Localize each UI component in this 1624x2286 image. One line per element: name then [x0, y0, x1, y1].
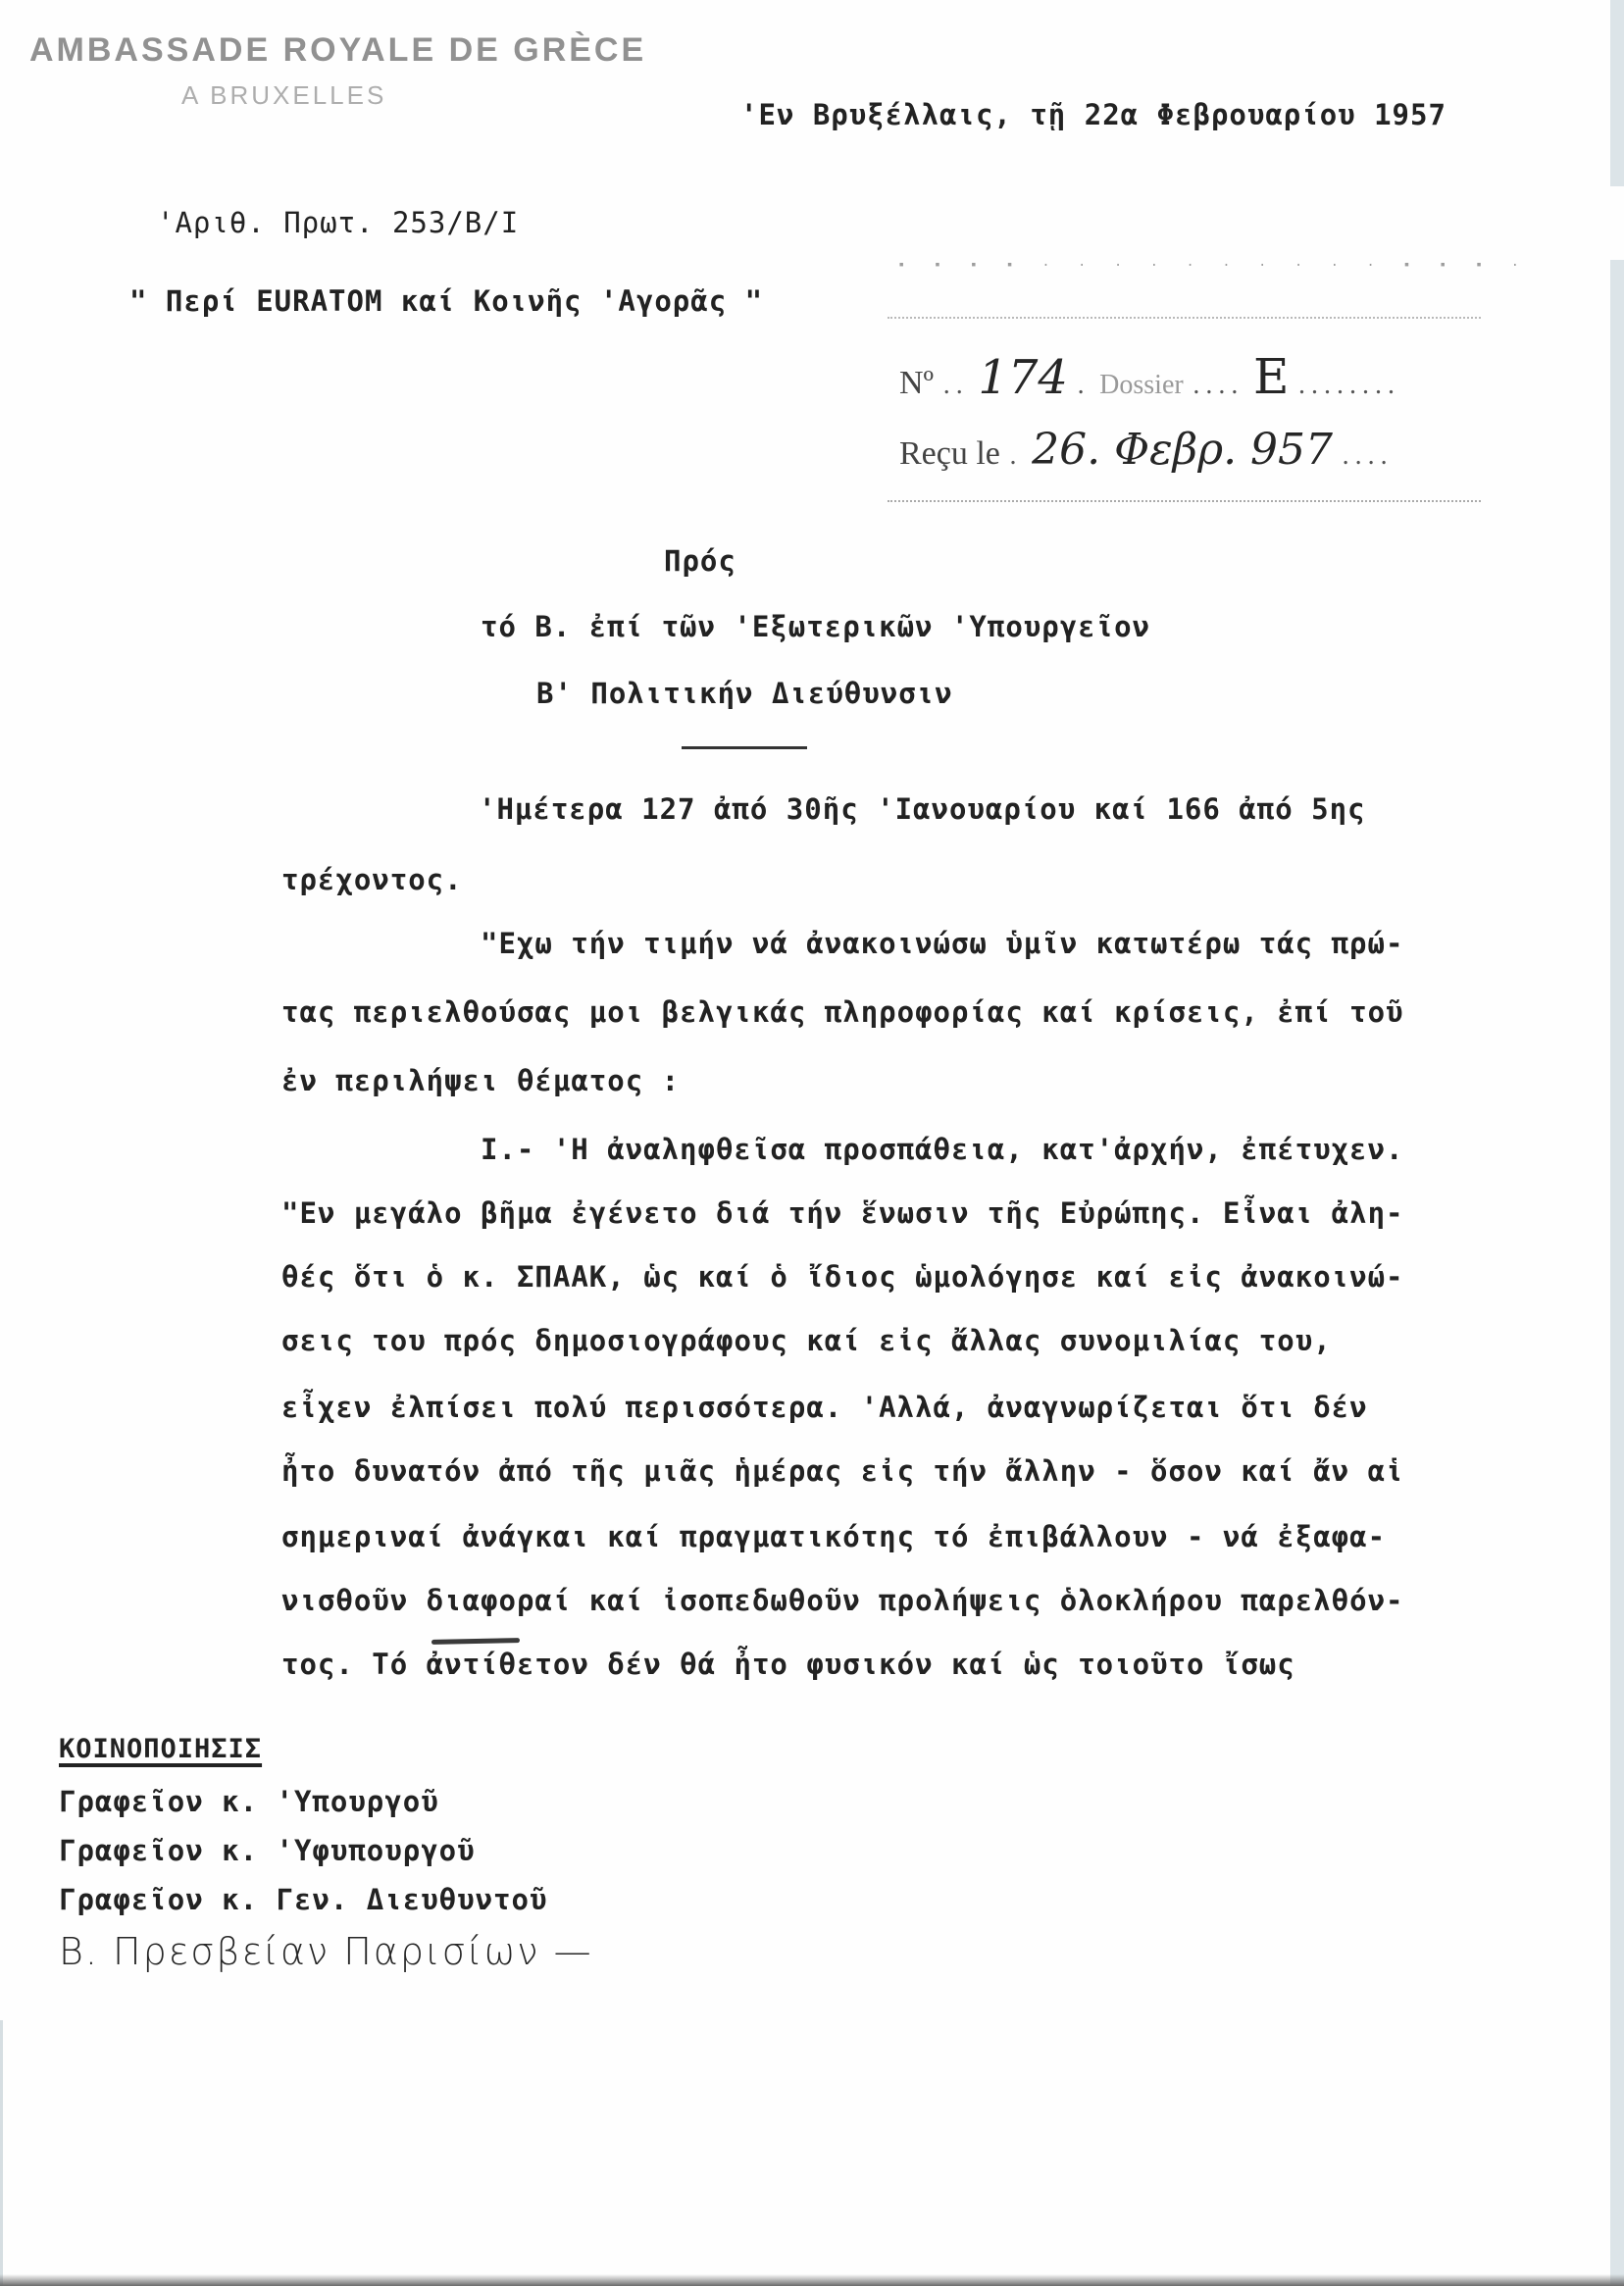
scan-left-edge: [0, 2020, 3, 2286]
receipt-stamp: ▪ ▪ ▪ ▪ · · · · · · · · · · ▪ ▪ ▪ · Nº .…: [888, 250, 1481, 510]
dossier-label: Dossier: [1099, 370, 1184, 400]
body-line: εἶχεν ἐλπίσει πολύ περισσότερα. 'Αλλά, ἀ…: [281, 1391, 1368, 1424]
handwritten-underline: [431, 1638, 520, 1645]
scan-edge-strip-top: [1610, 0, 1624, 186]
body-line: νισθοῦν διαφοραί καί ἰσοπεδωθοῦν προλήψε…: [281, 1584, 1404, 1617]
body-line: τας περιελθούσας μοι βελγικάς πληροφορία…: [281, 995, 1404, 1029]
number-value: 174: [978, 350, 1068, 405]
body-line: θές ὅτι ὁ κ. ΣΠΑΑΚ, ὡς καί ὁ ἴδιος ὡμολό…: [281, 1260, 1404, 1294]
dot-leader: .: [1010, 440, 1023, 471]
dossier-value: E: [1253, 348, 1290, 405]
distribution-item: Γραφεῖον κ. Γεν. Διευθυντοῦ: [59, 1883, 547, 1916]
body-line: ἐν περιλήψει θέματος :: [281, 1064, 680, 1097]
addressee-to: Πρός: [664, 544, 736, 578]
dot-leader: ....: [1343, 440, 1394, 471]
subject-line: " Περί EURATOM καί Κοινῆς 'Αγορᾶς ": [129, 284, 763, 318]
received-label: Reçu le: [899, 435, 1000, 472]
receipt-stamp-divider-top: [888, 317, 1481, 319]
receipt-number-row: Nº .. 174 . Dossier .... E ........: [899, 348, 1400, 405]
body-line: σημεριναί ἀνάγκαι καί πραγματικότης τό ἐ…: [281, 1520, 1386, 1553]
receipt-stamp-header: ▪ ▪ ▪ ▪ · · · · · · · · · · ▪ ▪ ▪ ·: [897, 258, 1529, 274]
body-line: 'Ημέτερα 127 ἀπό 30ῆς 'Ιανουαρίου καί 16…: [479, 792, 1366, 826]
body-line: τρέχοντος.: [281, 863, 463, 896]
dot-leader: ....: [1193, 370, 1243, 400]
distribution-handwritten: Β. Πρεσβείαν Παρισίων —: [59, 1930, 593, 1973]
body-line: "Εν μεγάλο βῆμα ἐγένετο διά τήν ἕνωσιν τ…: [281, 1196, 1404, 1230]
distribution-item: Γραφεῖον κ. 'Υφυπουργοῦ: [59, 1834, 476, 1867]
body-line: Ι.- 'Η ἀναληφθεῖσα προσπάθεια, κατ'ἀρχήν…: [481, 1133, 1403, 1166]
addressee-separator: [682, 746, 807, 749]
dot-leader: .: [1078, 370, 1091, 400]
distribution-item: Γραφεῖον κ. 'Υπουργοῦ: [59, 1785, 439, 1818]
date-line: 'Εν Βρυξέλλαις, τῇ 22α Φεβρουαρίου 1957: [740, 98, 1446, 131]
scan-bottom-shadow: [0, 2274, 1624, 2286]
embassy-stamp-line2: A BRUXELLES: [181, 80, 386, 111]
received-value: 26. Φεβρ. 957: [1032, 425, 1333, 475]
body-line: τος. Τό ἀντίθετον δέν θά ἦτο φυσικόν καί…: [281, 1648, 1295, 1681]
protocol-number: 'Αριθ. Πρωτ. 253/Β/Ι: [157, 206, 519, 239]
addressee-ministry: τό Β. ἐπί τῶν 'Εξωτερικῶν 'Υπουργεῖον: [481, 610, 1150, 643]
addressee-department: Β' Πολιτικήν Διεύθυνσιν: [536, 677, 953, 710]
dot-leader: ........: [1298, 370, 1400, 400]
receipt-stamp-divider-bottom: [888, 500, 1481, 502]
dot-leader: ..: [943, 370, 969, 400]
scan-edge-strip-bottom: [1610, 260, 1624, 2286]
body-line: "Εχω τήν τιμήν νά ἀνακοινώσω ὑμῖν κατωτέ…: [481, 927, 1403, 960]
embassy-stamp-line1: AMBASSADE ROYALE DE GRÈCE: [29, 31, 646, 70]
distribution-heading: ΚΟΙΝΟΠΟΙΗΣΙΣ: [59, 1734, 262, 1764]
body-line: σεις του πρός δημοσιογράφους καί εἰς ἄλλ…: [281, 1324, 1332, 1357]
body-line: ἦτο δυνατόν ἀπό τῆς μιᾶς ἡμέρας εἰς τήν …: [281, 1454, 1404, 1488]
number-label: Nº: [899, 365, 934, 401]
receipt-date-row: Reçu le . 26. Φεβρ. 957 ....: [899, 425, 1394, 475]
